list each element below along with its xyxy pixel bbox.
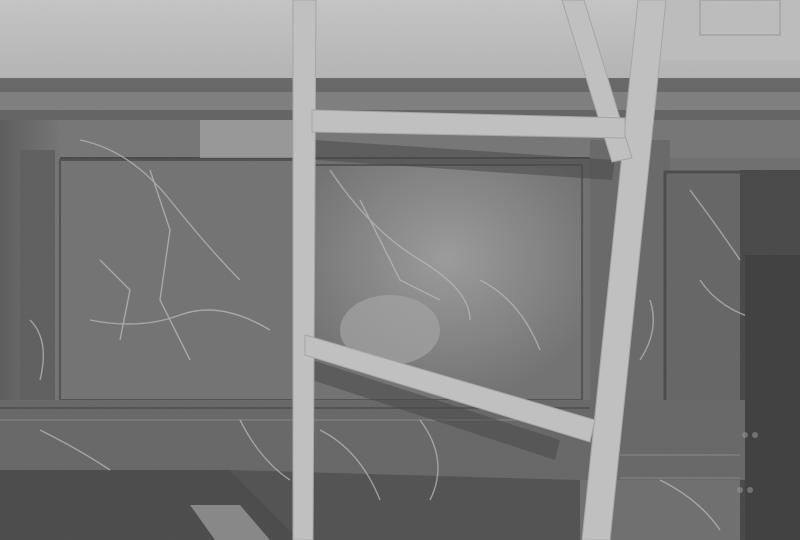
scene xyxy=(0,0,800,540)
marble-wall-photo xyxy=(0,0,800,540)
